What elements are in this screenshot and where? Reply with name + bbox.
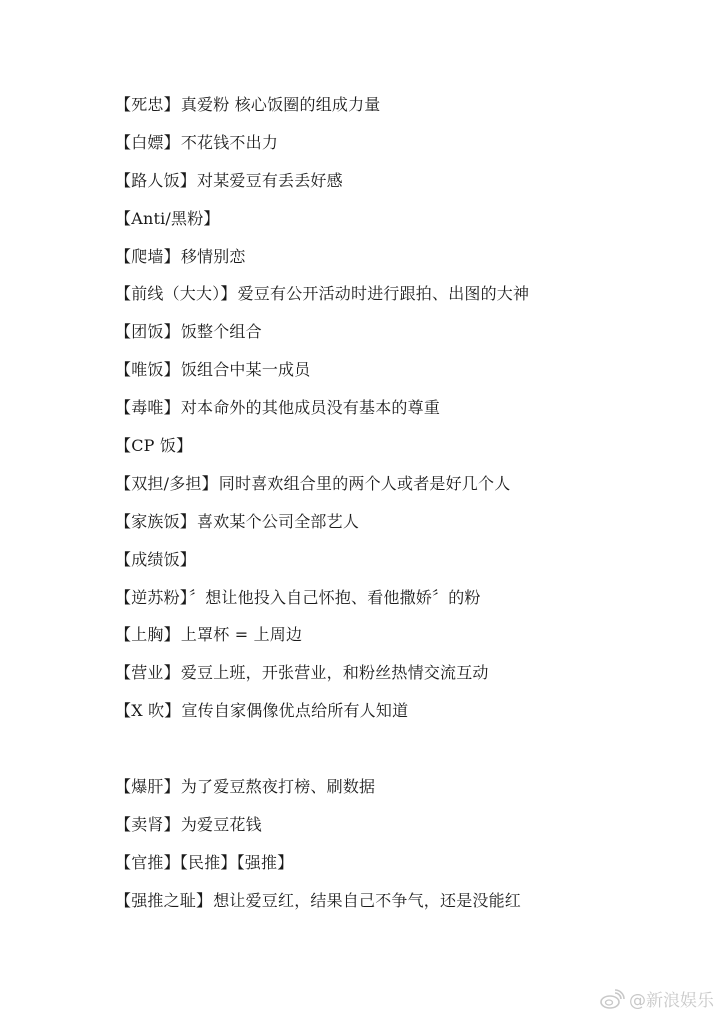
- glossary-entry: 【Anti/黑粉】: [115, 207, 675, 245]
- entry-term: 【上胸】: [115, 625, 180, 644]
- entry-definition: 真爱粉 核心饭圈的组成力量: [181, 95, 381, 114]
- glossary-entry: 【前线（大大）】爱豆有公开活动时进行跟拍、出图的大神: [115, 282, 675, 320]
- glossary-entry: 【官推】【民推】【强推】: [115, 851, 675, 889]
- entry-term: 【家族饭】: [115, 512, 196, 531]
- weibo-watermark: @新浪娱乐: [599, 986, 714, 1011]
- entry-definition: 移情别恋: [181, 247, 246, 266]
- glossary-entry: 【逆苏粉】〞想让他投入自己怀抱、看他撒娇〞的粉: [115, 586, 675, 624]
- entry-definition: 对本命外的其他成员没有基本的尊重: [181, 398, 440, 417]
- entry-definition: 饭组合中某一成员: [181, 360, 311, 379]
- entry-definition: 〞想让他投入自己怀抱、看他撒娇〞的粉: [189, 588, 481, 607]
- glossary-entry: 【爬墙】移情别恋: [115, 245, 675, 283]
- entry-term: 【爆肝】: [115, 777, 180, 796]
- glossary-entry: 【X 吹】宣传自家偶像优点给所有人知道: [115, 699, 675, 737]
- entry-definition: 饭整个组合: [181, 322, 262, 341]
- entry-definition: 爱豆有公开活动时进行跟拍、出图的大神: [238, 284, 530, 303]
- entry-term: 【团饭】: [115, 322, 180, 341]
- entry-term: 【前线（大大）】: [115, 284, 237, 303]
- entry-definition: 宣传自家偶像优点给所有人知道: [181, 701, 408, 720]
- entry-term: 【逆苏粉】: [115, 588, 188, 607]
- entry-term: 【白嫖】: [115, 133, 180, 152]
- entry-term: 【唯饭】: [115, 360, 180, 379]
- glossary-entry: 【强推之耻】想让爱豆红，结果自己不争气，还是没能红: [115, 889, 675, 927]
- blank-line: [115, 737, 675, 775]
- glossary-entry: 【CP 饭】: [115, 434, 675, 472]
- entry-definition: 对某爱豆有丢丢好感: [197, 171, 343, 190]
- entry-term: 【卖肾】: [115, 815, 180, 834]
- glossary-entry: 【团饭】饭整个组合: [115, 320, 675, 358]
- glossary-entry: 【爆肝】为了爱豆熬夜打榜、刷数据: [115, 775, 675, 813]
- entry-definition: 爱豆上班，开张营业，和粉丝热情交流互动: [181, 663, 489, 682]
- glossary-entry: 【白嫖】不花钱不出力: [115, 131, 675, 169]
- glossary-entry: 【死忠】真爱粉 核心饭圈的组成力量: [115, 93, 675, 131]
- glossary-entry: 【家族饭】喜欢某个公司全部艺人: [115, 510, 675, 548]
- weibo-logo-icon: [599, 989, 625, 1009]
- entry-term: 【强推之耻】: [115, 891, 212, 910]
- entry-term: 【CP 饭】: [115, 436, 192, 455]
- entry-term: 【营业】: [115, 663, 180, 682]
- entry-term: 【路人饭】: [115, 171, 196, 190]
- entry-term: 【Anti/黑粉】: [115, 209, 220, 228]
- glossary-document: 【死忠】真爱粉 核心饭圈的组成力量 【白嫖】不花钱不出力 【路人饭】对某爱豆有丢…: [115, 93, 675, 927]
- glossary-entry: 【路人饭】对某爱豆有丢丢好感: [115, 169, 675, 207]
- entry-definition: 喜欢某个公司全部艺人: [197, 512, 359, 531]
- entry-definition: 不花钱不出力: [181, 133, 278, 152]
- entry-definition: 为了爱豆熬夜打榜、刷数据: [181, 777, 375, 796]
- glossary-entry: 【成绩饭】: [115, 548, 675, 586]
- watermark-text: @新浪娱乐: [629, 986, 714, 1011]
- glossary-entry: 【上胸】上罩杯 = 上周边: [115, 623, 675, 661]
- entry-definition: 同时喜欢组合里的两个人或者是好几个人: [219, 474, 511, 493]
- entry-term: 【死忠】: [115, 95, 180, 114]
- glossary-entry: 【双担/多担】同时喜欢组合里的两个人或者是好几个人: [115, 472, 675, 510]
- entry-term: 【官推】【民推】【强推】: [115, 853, 293, 872]
- glossary-entry: 【唯饭】饭组合中某一成员: [115, 358, 675, 396]
- entry-definition: 想让爱豆红，结果自己不争气，还是没能红: [213, 891, 521, 910]
- entry-term: 【双担/多担】: [115, 474, 218, 493]
- entry-term: 【成绩饭】: [115, 550, 196, 569]
- entry-definition: 上罩杯 = 上周边: [181, 625, 302, 644]
- glossary-entry: 【毒唯】对本命外的其他成员没有基本的尊重: [115, 396, 675, 434]
- entry-term: 【X 吹】: [115, 701, 180, 720]
- glossary-entry: 【卖肾】为爱豆花钱: [115, 813, 675, 851]
- entry-term: 【毒唯】: [115, 398, 180, 417]
- entry-definition: 为爱豆花钱: [181, 815, 262, 834]
- entry-term: 【爬墙】: [115, 247, 180, 266]
- glossary-entry: 【营业】爱豆上班，开张营业，和粉丝热情交流互动: [115, 661, 675, 699]
